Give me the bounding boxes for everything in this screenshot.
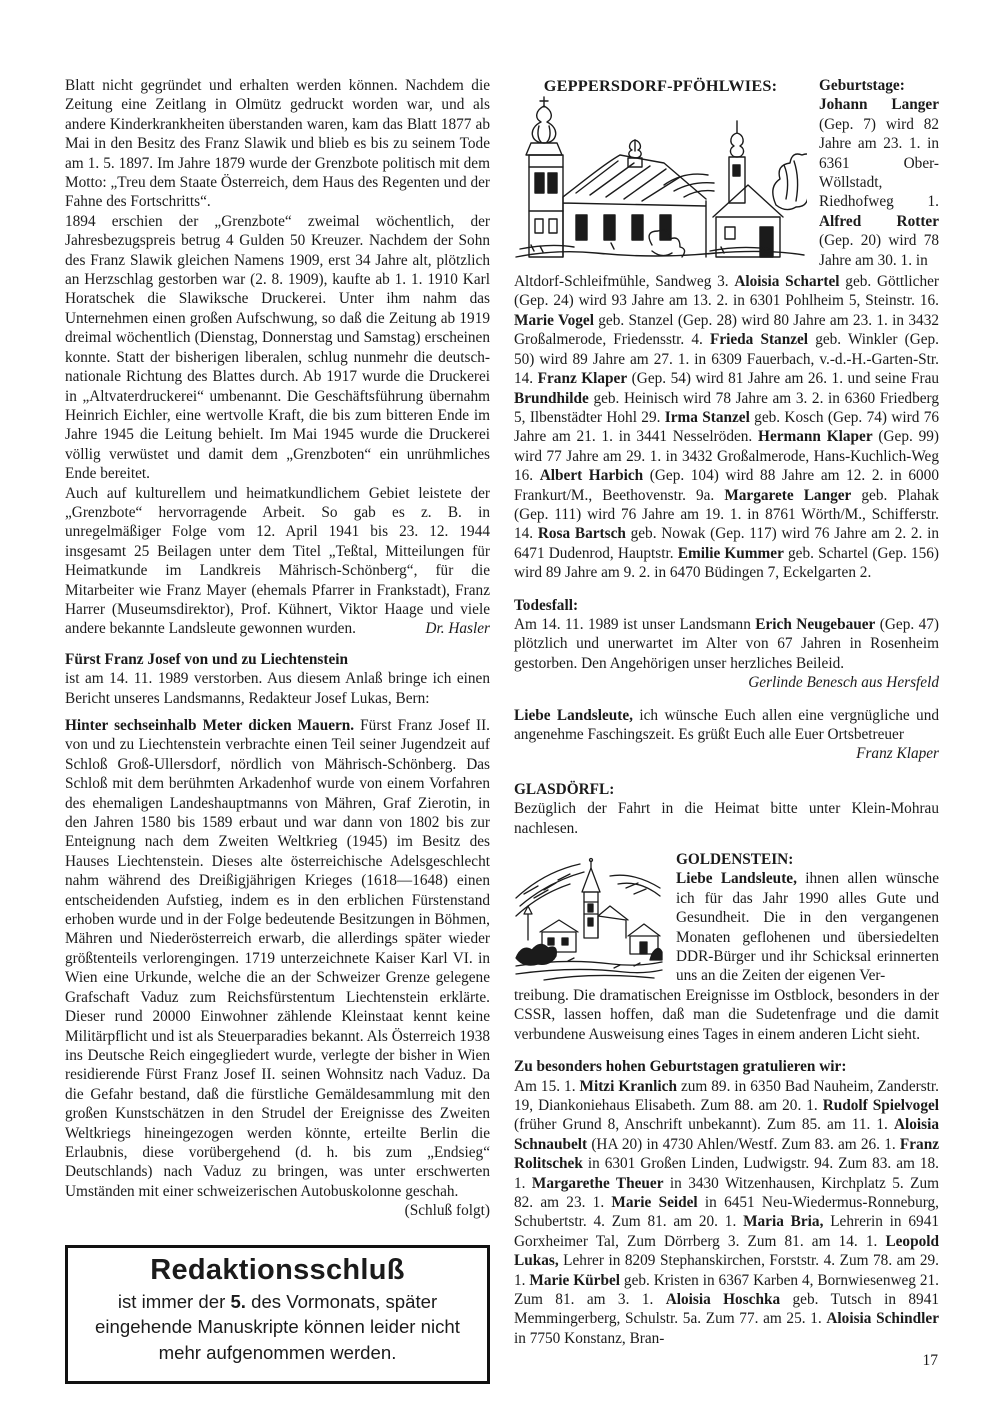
geppersdorf-heading: GEPPERSDORF-PFÖHLWIES: — [514, 76, 807, 95]
liechtenstein-intro: ist am 14. 11. 1989 verstorben. Aus dies… — [65, 669, 490, 708]
geppersdorf-churches-drawing — [514, 95, 807, 259]
todesfall-byline: Gerlinde Benesch aus Hersfeld — [738, 673, 939, 692]
liechtenstein-body-text: Hinter sechseinhalb Meter dicken Mauern.… — [65, 717, 490, 1200]
birthdays-label: Geburtstage: — [819, 76, 939, 95]
greeting-text: Liebe Landsleute, ich wünsche Euch allen… — [514, 707, 939, 743]
geppersdorf-illustration-block: GEPPERSDORF-PFÖHLWIES: — [514, 76, 807, 270]
liechtenstein-body: Hinter sechseinhalb Meter dicken Mauern.… — [65, 716, 490, 1221]
goldenstein-side-text: Liebe Landsleute, ihnen allen wünsche ic… — [676, 869, 939, 985]
birthdays-side-text: Johann Langer (Gep. 7) wird 82 Jahre am … — [819, 95, 939, 270]
todesfall-body: Am 14. 11. 1989 ist unser Landsmann Eric… — [514, 615, 939, 693]
todesfall-text: Am 14. 11. 1989 ist unser Landsmann Eric… — [514, 616, 939, 672]
left-column: Blatt nicht gegründet und erhalten werde… — [65, 76, 490, 1384]
geppersdorf-section-top: GEPPERSDORF-PFÖHLWIES: — [514, 76, 939, 270]
goldenstein-text-column: GOLDENSTEIN: Liebe Landsleute, ihnen all… — [676, 850, 939, 986]
birthdays-full-text: Altdorf-Schleifmühle, Sandweg 3. Aloisia… — [514, 272, 939, 583]
glasdoerfl-heading: GLASDÖRFL: — [514, 780, 939, 799]
grenzbote-paragraph-1: Blatt nicht gegründet und erhalten werde… — [65, 76, 490, 212]
author-byline: Dr. Hasler — [415, 619, 490, 638]
right-column: GEPPERSDORF-PFÖHLWIES: — [514, 76, 939, 1384]
newsletter-page: Blatt nicht gegründet und erhalten werde… — [0, 0, 1000, 1425]
goldenstein-heading: GOLDENSTEIN: — [676, 850, 939, 869]
grenzbote-paragraph-3-text: Auch auf kulturellem und heimatkundliche… — [65, 485, 490, 638]
todesfall-heading: Todesfall: — [514, 596, 939, 615]
redaktionsschluss-notice-box: Redaktionsschluß ist immer der 5. des Vo… — [65, 1245, 490, 1385]
goldenstein-section-top: GOLDENSTEIN: Liebe Landsleute, ihnen all… — [514, 850, 939, 986]
congratulations-body: Am 15. 1. Mitzi Kranlich zum 89. in 6350… — [514, 1077, 939, 1349]
notice-box-title: Redaktionsschluß — [80, 1261, 475, 1280]
goldenstein-full-text: treibung. Die dramatischen Ereignisse im… — [514, 986, 939, 1044]
two-column-layout: Blatt nicht gegründet und erhalten werde… — [65, 76, 939, 1384]
grenzbote-paragraph-2: 1894 erschien der „Grenzbote“ zweimal wö… — [65, 212, 490, 484]
congratulations-heading: Zu besonders hohen Geburtstagen gratulie… — [514, 1057, 939, 1076]
geppersdorf-birthdays-column: Geburtstage: Johann Langer (Gep. 7) wird… — [819, 76, 939, 270]
goldenstein-illustration-block — [514, 850, 664, 986]
grenzbote-paragraph-3: Auch auf kulturellem und heimatkundliche… — [65, 484, 490, 639]
glasdoerfl-body: Bezüglich der Fahrt in die Heimat bitte … — [514, 799, 939, 838]
goldenstein-village-drawing — [514, 854, 664, 982]
liechtenstein-article-heading: Fürst Franz Josef von und zu Liechtenste… — [65, 650, 490, 669]
greeting-byline: Franz Klaper — [846, 744, 939, 763]
page-number: 17 — [923, 1352, 939, 1370]
greeting-paragraph: Liebe Landsleute, ich wünsche Euch allen… — [514, 706, 939, 764]
continuation-note: (Schluß folgt) — [395, 1201, 490, 1220]
notice-box-body: ist immer der 5. des Vormonats, später e… — [80, 1289, 475, 1366]
